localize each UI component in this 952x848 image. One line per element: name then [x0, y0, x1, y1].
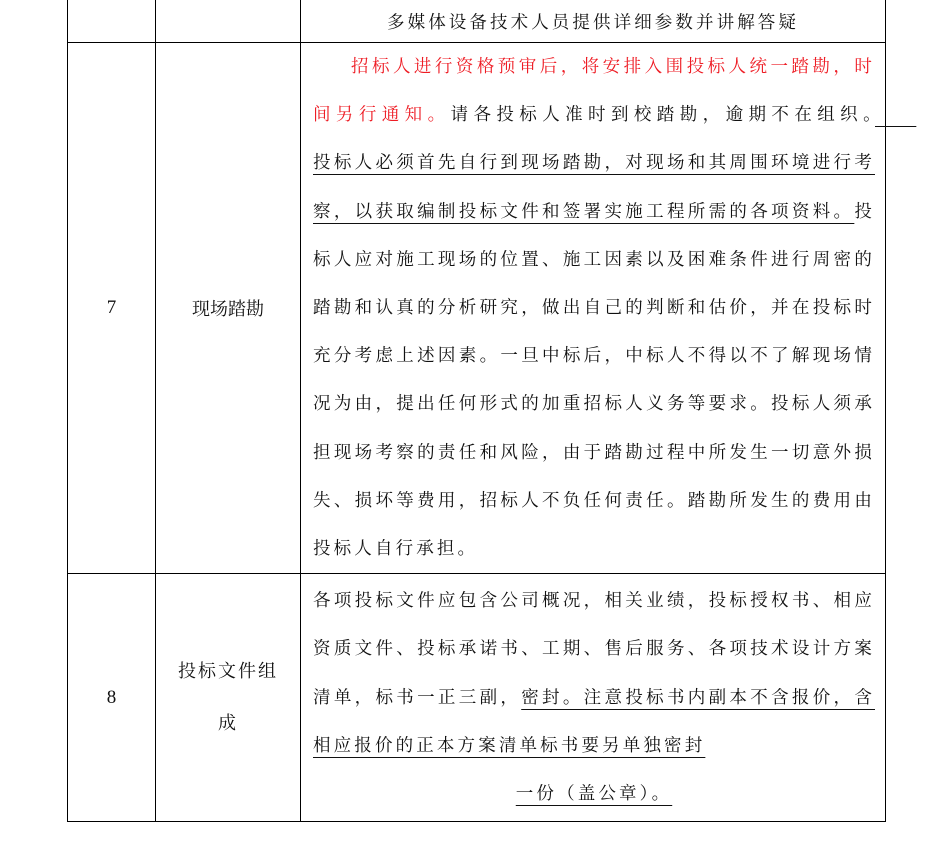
content-text: 多媒体设备技术人员提供详细参数并讲解答疑	[301, 8, 885, 34]
underlined-text: 一份（盖公章）。	[516, 784, 672, 804]
plain-text: 投标人应对施工现场的位置、施工因素以及困难条件进行周密的踏勘和认真的分析研究，做…	[313, 202, 875, 559]
centered-line: 一份（盖公章）。	[313, 770, 875, 818]
bid-requirements-table: 多媒体设备技术人员提供详细参数并讲解答疑 7 现场踏勘 招标人进行资格预审后，将…	[67, 0, 886, 822]
item-title: 现场踏勘	[192, 299, 264, 320]
cell-content: 招标人进行资格预审后，将安排入围投标人统一踏勘，时间另行通知。请各投标人准时到校…	[301, 43, 886, 574]
table-row-partial-top: 多媒体设备技术人员提供详细参数并讲解答疑	[68, 0, 886, 43]
content-paragraph: 招标人进行资格预审后，将安排入围投标人统一踏勘，时间另行通知。请各投标人准时到校…	[301, 43, 885, 573]
cell-number	[68, 0, 156, 43]
plain-text: 请各投标人准时到校踏勘，逾期不在组织。	[451, 105, 875, 125]
item-title: 投标文件组成	[156, 646, 300, 750]
cell-item: 投标文件组成	[156, 574, 301, 822]
cell-item: 现场踏勘	[156, 43, 301, 574]
cell-number: 7	[68, 43, 156, 574]
cell-content: 多媒体设备技术人员提供详细参数并讲解答疑	[301, 0, 886, 43]
cell-number: 8	[68, 574, 156, 822]
row-number: 7	[107, 297, 117, 318]
cell-content: 各项投标文件应包含公司概况，相关业绩，投标授权书、相应资质文件、投标承诺书、工期…	[301, 574, 886, 822]
table-row-8: 8 投标文件组成 各项投标文件应包含公司概况，相关业绩，投标授权书、相应资质文件…	[68, 574, 886, 822]
content-paragraph: 各项投标文件应包含公司概况，相关业绩，投标授权书、相应资质文件、投标承诺书、工期…	[301, 577, 885, 818]
indent	[313, 57, 351, 77]
row-number: 8	[107, 687, 117, 708]
cell-item	[156, 0, 301, 43]
document-page: 多媒体设备技术人员提供详细参数并讲解答疑 7 现场踏勘 招标人进行资格预审后，将…	[0, 0, 952, 848]
underlined-text-body: 投标人必须首先自行到现场踏勘，对现场和其周围环境进行考察，以获取编制投标文件和签…	[313, 153, 875, 221]
table-row-7: 7 现场踏勘 招标人进行资格预审后，将安排入围投标人统一踏勘，时间另行通知。请各…	[68, 43, 886, 574]
